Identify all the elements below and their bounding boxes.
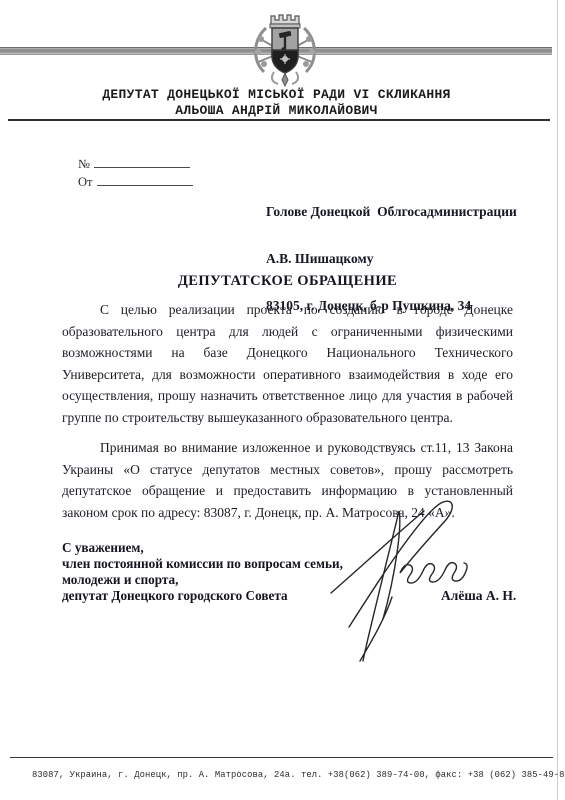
from-label: От bbox=[78, 175, 93, 189]
donetsk-coat-of-arms-icon bbox=[248, 12, 322, 92]
letter-title: ДЕПУТАТСКОЕ ОБРАЩЕНИЕ bbox=[62, 273, 513, 290]
number-label: № bbox=[78, 157, 90, 171]
from-blank-field bbox=[97, 174, 193, 186]
reference-number-row: № bbox=[78, 155, 193, 173]
reference-block: № От bbox=[78, 155, 193, 191]
handwritten-signature bbox=[320, 487, 472, 669]
addressee-line1: Голове Донецкой Облгосадминистрации bbox=[266, 204, 517, 220]
signoff-block: С уважением, член постоянной комиссии по… bbox=[62, 540, 343, 604]
body-paragraph-1: С целью реализации проекта по созданию в… bbox=[62, 299, 513, 428]
letterhead-rule bbox=[8, 119, 550, 121]
addressee-line2: А.В. Шишацкому bbox=[266, 251, 517, 267]
signoff-line4: депутат Донецкого городского Совета bbox=[62, 588, 343, 604]
reference-from-row: От bbox=[78, 173, 193, 191]
footer-contact: 83087, Украина, г. Донецк, пр. А. Матрос… bbox=[32, 770, 557, 780]
signoff-line1: С уважением, bbox=[62, 540, 343, 556]
letterhead-line2: АЛЬОША АНДРІЙ МИКОЛАЙОВИЧ bbox=[0, 103, 553, 119]
scan-edge-artifact bbox=[557, 0, 558, 800]
number-blank-field bbox=[94, 156, 190, 168]
signoff-line2: член постоянной комиссии по вопросам сем… bbox=[62, 556, 343, 572]
footer-rule bbox=[10, 757, 553, 758]
scanned-letter-page: ДЕПУТАТ ДОНЕЦЬКОЇ МІСЬКОЇ РАДИ VI СКЛИКА… bbox=[0, 0, 565, 800]
signoff-line3: молодежи и спорта, bbox=[62, 572, 343, 588]
